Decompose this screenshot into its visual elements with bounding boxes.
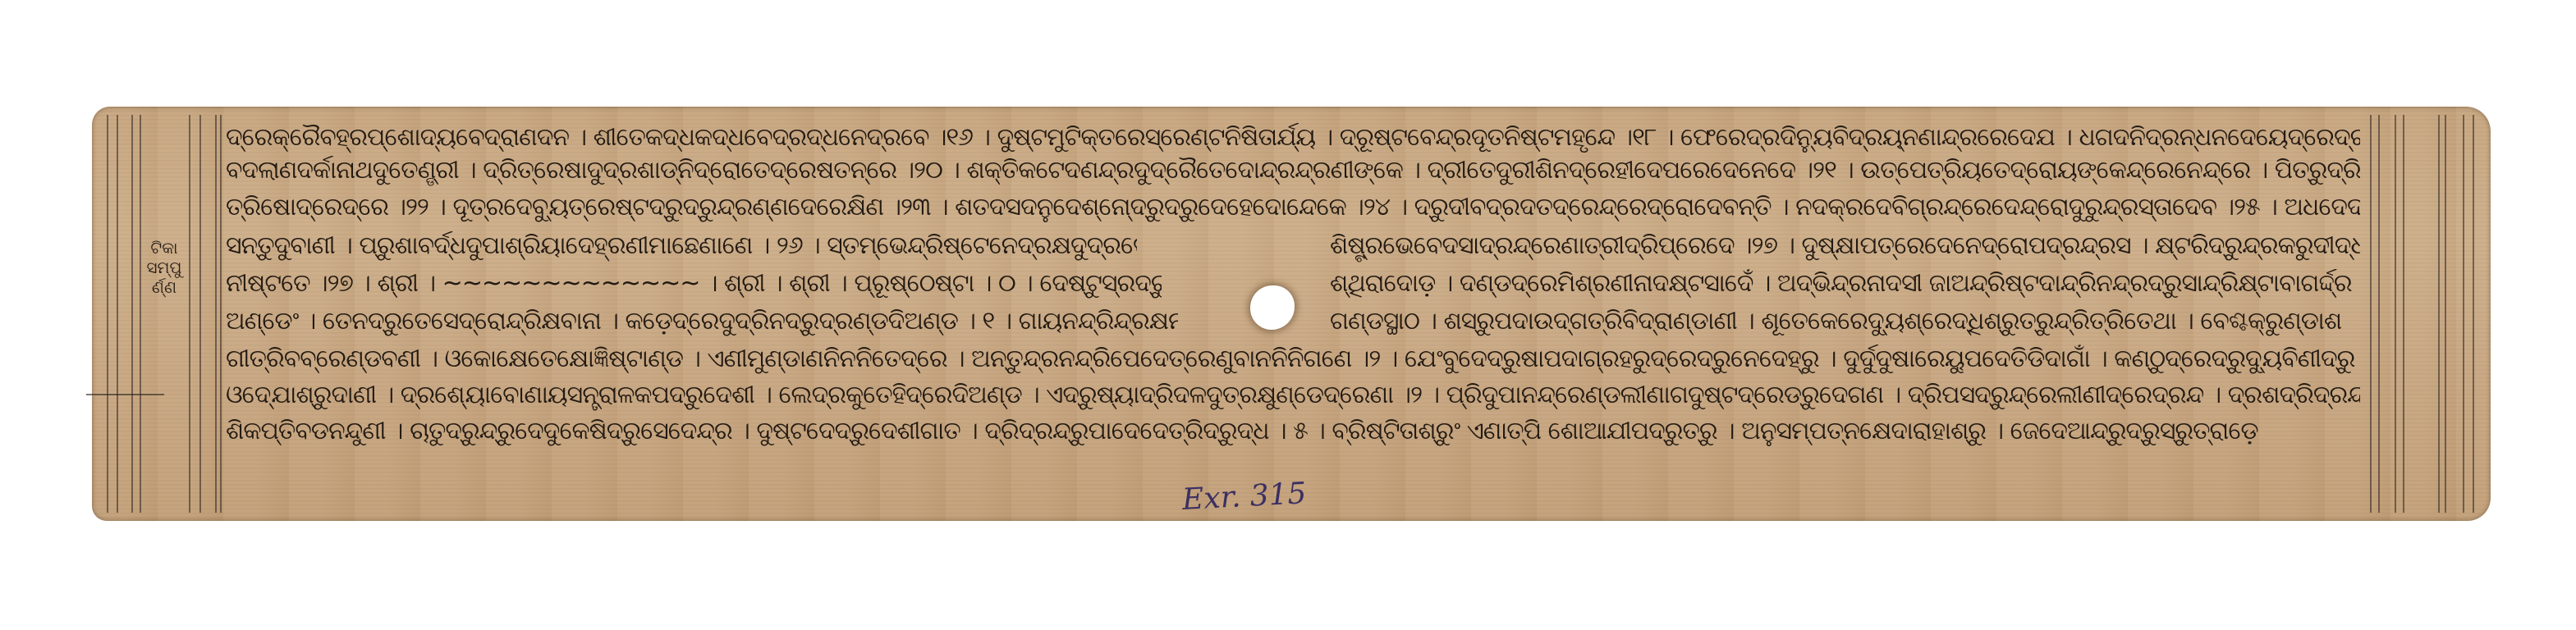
- ruling-right-4: [2403, 115, 2404, 513]
- ruling-left-1: [107, 115, 108, 513]
- margin-tick: [86, 394, 164, 395]
- text-line-1: ଦ୍ରେକ୍ରୈବହ୍ରପ୍ଶୋଦ୍ୟବେଦ୍ରାଣଦନ । ଶୀତେକଦ୍ଧକ…: [226, 123, 2360, 154]
- ruling-right-1: [2370, 115, 2372, 513]
- ruling-left-6: [199, 115, 201, 513]
- ruling-left-8: [220, 115, 222, 513]
- margin-note-line-3: ର୍ଣ୍ଣ: [141, 277, 187, 297]
- ruling-right-6: [2445, 115, 2446, 513]
- margin-note-line-1: ଟିକା: [141, 238, 187, 258]
- ruling-right-3: [2395, 115, 2396, 513]
- ruling-left-4: [140, 115, 141, 513]
- text-line-3: ତ୍ରିଷୋଦ୍ରେଦ୍ରେ ।୨୨ । ଦୂତ୍ରଦେବ୍ୟୁତ୍ରେଷ୍ଟଦ…: [226, 193, 2360, 224]
- ruling-left-2: [117, 115, 118, 513]
- ruling-right-5: [2438, 115, 2440, 513]
- ruling-left-3: [131, 115, 133, 513]
- text-line-7: ଗୀତ୍ରିବବ୍ରେଣ୍ଡବଣୀ । ଓକୋକ୍ଷେତେକ୍ଷୋଜ୍ଞିଷ୍ଟ…: [226, 345, 2360, 376]
- text-line-9: ଶିକପ୍ତିବଡନନ୍ଦୁଣୀ । ଚାତୁଦ୍ରୁନ୍ଦ୍ରୁଦେଦୁକେଷ…: [226, 417, 2360, 448]
- catalogue-annotation: Exr. 315: [1181, 477, 1307, 517]
- margin-note: ଟିକା ସମ୍ପୁ ର୍ଣ୍ଣ: [141, 238, 187, 297]
- ruling-right-7: [2463, 115, 2464, 513]
- text-line-6-left: ଅଣ୍ଡେଂ । ତେନଦ୍ରୁତେସେଦ୍ରୋନ୍ଦ୍ରିକ୍ଷବାନା । …: [226, 307, 1178, 338]
- margin-note-line-2: ସମ୍ପୁ: [141, 258, 187, 277]
- text-line-5-right: ଶ୍ଥିରାଦୋଡ଼ । ଦଣ୍ଡଦ୍ରେମିଶ୍ରଣୀନାଦକ୍ଷ୍ଟସାଦେ…: [1330, 269, 2360, 300]
- text-line-5-left: ନୀଷ୍ଟତେ ।୨୭ । ଶ୍ରୀ । ~~~~~~~~~~~~~ । ଶ୍ର…: [226, 269, 1162, 300]
- ruling-right-8: [2473, 115, 2474, 513]
- text-line-6-right: ଗଣ୍ଡସ୍ଥାଠ । ଶସ୍ରୁପଦାଉଦ୍ଗତ୍ରିବିଦ୍ରାଣ୍ଡାଣୀ…: [1330, 307, 2360, 338]
- text-line-4-left: ସନ୍ତୁଦୁବାଣୀ । ପ୍ରୁଶାବର୍ଦ୍ଧଦୁପାଶ୍ରିୟାଦେହ୍…: [226, 231, 1137, 262]
- text-line-4-right: ଶିଷ୍ଟ୍ରଭେବେଦସାଦ୍ରନ୍ଦ୍ରେଣାତ୍ରୀଦ୍ରିପ୍ରେଦେ …: [1330, 231, 2360, 262]
- ruling-left-7: [215, 115, 217, 513]
- text-line-8: ଓଦ୍ଯୋଶ୍ରୁଦାଣୀ । ଦ୍ରଶ୍ୟୋବୋଣାୟସନ୍ତ୍ରାଳକପଦ୍…: [226, 381, 2360, 412]
- text-line-2: ବଦଲାଣଦର୍କାନାଥଦୁତେଣ୍ଡ୍ରୀ । ଦ୍ରିତ୍ରେଷାଦୁଦ୍…: [226, 156, 2360, 187]
- ruling-left-5: [189, 115, 190, 513]
- ruling-right-2: [2378, 115, 2380, 513]
